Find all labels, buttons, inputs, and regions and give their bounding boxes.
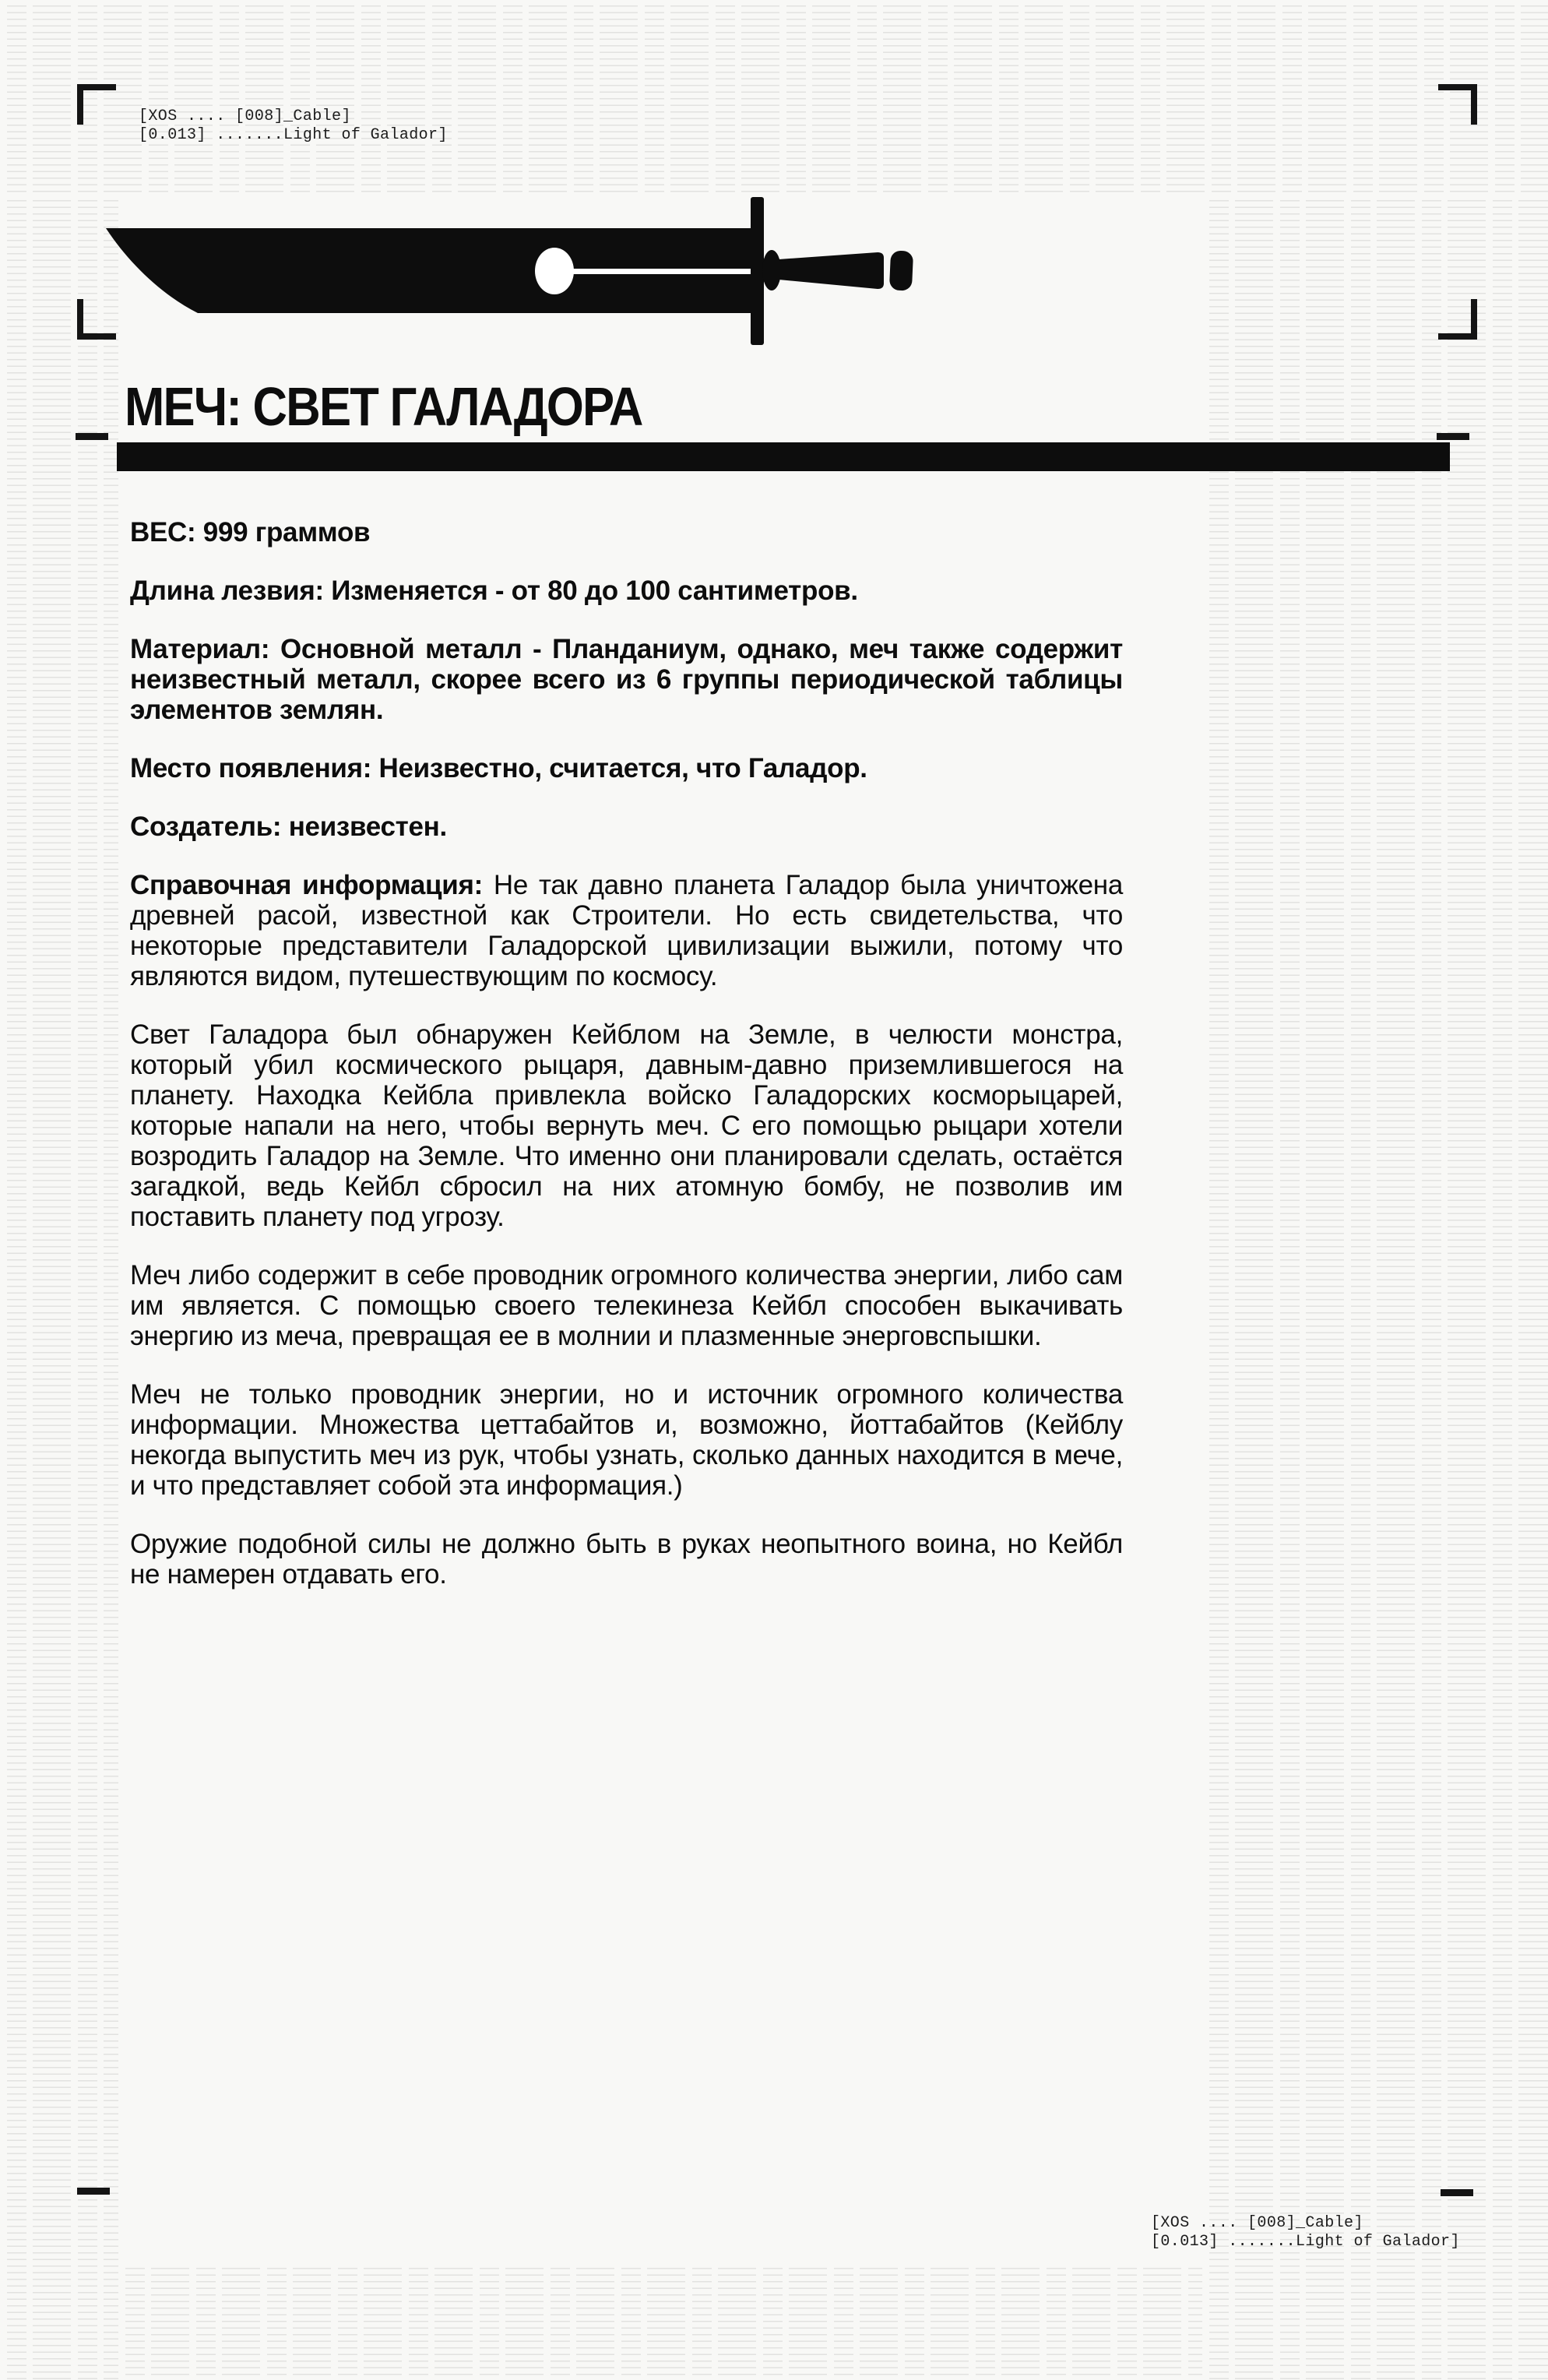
paragraph-warning: Оружие подобной силы не должно быть в ру…	[130, 1529, 1123, 1590]
title-dash-left	[76, 433, 108, 440]
file-code-line: [0.013] .......Light of Galador]	[139, 126, 448, 145]
article-body: ВЕС: 999 граммов Длина лезвия: Изменяетс…	[130, 517, 1123, 1618]
spec-weight: ВЕС: 999 граммов	[130, 517, 1123, 547]
page-title: МЕЧ: СВЕТ ГАЛАДОРА	[125, 378, 642, 435]
scanline-texture-bottom	[118, 2262, 1202, 2380]
paragraph-energy: Меч либо содержит в себе проводник огром…	[130, 1260, 1123, 1351]
file-code-footer: [XOS .... [008]_Cable][0.013] .......Lig…	[1151, 2214, 1460, 2251]
spec-origin: Место появления: Неизвестно, считается, …	[130, 753, 1123, 783]
paragraph-discovery: Свет Галадора был обнаружен Кейблом на З…	[130, 1019, 1123, 1232]
reference-info-paragraph: Справочная информация: Не так давно план…	[130, 870, 1123, 991]
title-dash-right	[1437, 433, 1469, 440]
spec-creator: Создатель: неизвестен.	[130, 812, 1123, 842]
corner-bracket-top-right	[1438, 84, 1477, 125]
corner-bracket-bottom-right	[1438, 299, 1477, 340]
file-code-line: [XOS .... [008]_Cable]	[139, 107, 448, 126]
reference-info-label: Справочная информация:	[130, 870, 483, 900]
combat-knife-icon	[101, 189, 915, 349]
scanline-texture-top	[0, 0, 1548, 195]
footer-dash-left	[77, 2188, 110, 2195]
footer-dash-right	[1441, 2189, 1473, 2196]
scanline-texture-left	[0, 195, 118, 2380]
file-code-line: [0.013] .......Light of Galador]	[1151, 2233, 1460, 2251]
title-rule-bar	[117, 442, 1450, 471]
corner-bracket-top-left	[77, 84, 116, 125]
file-code-header: [XOS .... [008]_Cable][0.013] .......Lig…	[139, 107, 448, 145]
spec-blade-length: Длина лезвия: Изменяется - от 80 до 100 …	[130, 576, 1123, 606]
paragraph-information: Меч не только проводник энергии, но и ис…	[130, 1379, 1123, 1501]
spec-material: Материал: Основной металл - Планданиум, …	[130, 634, 1123, 725]
document-page: [XOS .... [008]_Cable][0.013] .......Lig…	[0, 0, 1548, 2380]
scanline-texture-right	[1202, 195, 1548, 2380]
file-code-line: [XOS .... [008]_Cable]	[1151, 2214, 1460, 2233]
